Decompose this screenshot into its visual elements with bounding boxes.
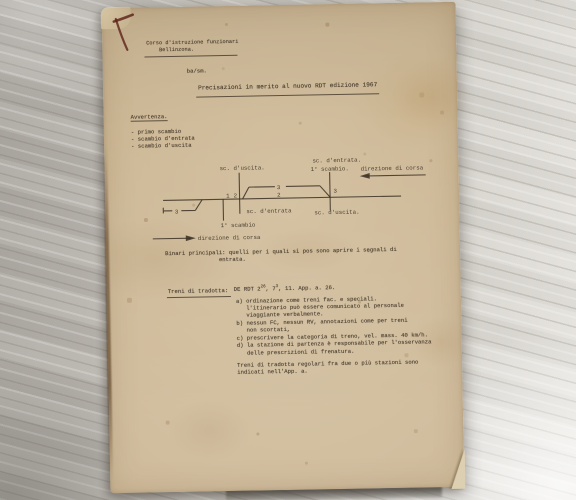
label-primo-scambio-bottom: 1° scambio	[221, 221, 256, 229]
siding-track-line	[249, 186, 320, 187]
arrow-right-icon	[186, 235, 196, 241]
track-number-2: 2	[233, 192, 237, 199]
foxing-spots	[102, 8, 103, 9]
right-marker-line	[330, 172, 331, 210]
left-switch-diagonal	[242, 187, 249, 199]
tradotta-underline	[167, 296, 231, 298]
stub-track-line	[163, 200, 202, 214]
main-track-line	[163, 196, 401, 200]
binari-principali-paragraph: Binari principali: quelli per i quali si…	[165, 245, 397, 264]
right-switch-diagonal	[320, 186, 330, 198]
folded-corner	[451, 449, 466, 489]
track-number-3-upper: 3	[277, 184, 281, 191]
document-title: Precisazioni in merito al nuovo RDT ediz…	[198, 81, 377, 92]
letterhead-underline	[144, 55, 237, 58]
track-number-2-main: 2	[277, 192, 281, 199]
label-direzione-top: direzione di corsa	[361, 164, 424, 172]
letterhead: Corso d'istruzione funzionari Bellinzona…	[146, 38, 238, 54]
paper-stain	[167, 399, 252, 463]
label-direzione-bottom: direzione di corsa	[198, 234, 261, 242]
direction-arrow-line-bottom	[153, 238, 191, 239]
red-pen-mark	[106, 13, 143, 60]
avvertenza-underline	[131, 120, 168, 122]
tradotta-item-list: a) ordinazione come treni fac. e special…	[236, 294, 432, 357]
track-number-1: 1	[226, 192, 230, 199]
document-paper: Corso d'istruzione funzionari Bellinzona…	[102, 2, 465, 493]
track-number-3-stub: 3	[175, 208, 179, 215]
label-sc-entrata-top: sc. d'entrata.	[312, 157, 361, 165]
ref-part: , 7	[266, 285, 276, 292]
ref-part: , 11. App. a. 26.	[278, 284, 335, 292]
direction-arrow-line-top	[365, 175, 426, 176]
track-number-3-right: 3	[333, 187, 337, 194]
tradotta-heading: Treni di tradotta:	[168, 287, 229, 296]
ref-part: DE RDT 2	[234, 285, 261, 292]
tradotta-regulation-reference: DE RDT 226, 73, 11. App. a. 26.	[234, 284, 336, 295]
arrow-left-icon	[360, 173, 370, 179]
left-marker-line	[239, 173, 240, 214]
file-reference: ba/sm.	[187, 67, 207, 75]
label-sc-uscita-bottom: sc. d'uscita.	[314, 209, 359, 217]
tradotta-footer-paragraph: Treni di tradotta regolari fra due o più…	[237, 359, 419, 377]
label-primo-scambio-top: 1° scambio.	[311, 165, 349, 173]
title-underline	[196, 93, 379, 97]
track-diagram: sc. d'uscita. sc. d'entrata. 1° scambio.…	[144, 150, 446, 250]
label-sc-entrata-bottom: sc. d'entrata	[246, 207, 292, 215]
ref-superscript: 26	[261, 286, 266, 290]
label-sc-uscita-top: sc. d'uscita.	[219, 164, 264, 172]
avvertenza-bullet-list: - primo scambio - scambio d'entrata - sc…	[131, 128, 195, 151]
